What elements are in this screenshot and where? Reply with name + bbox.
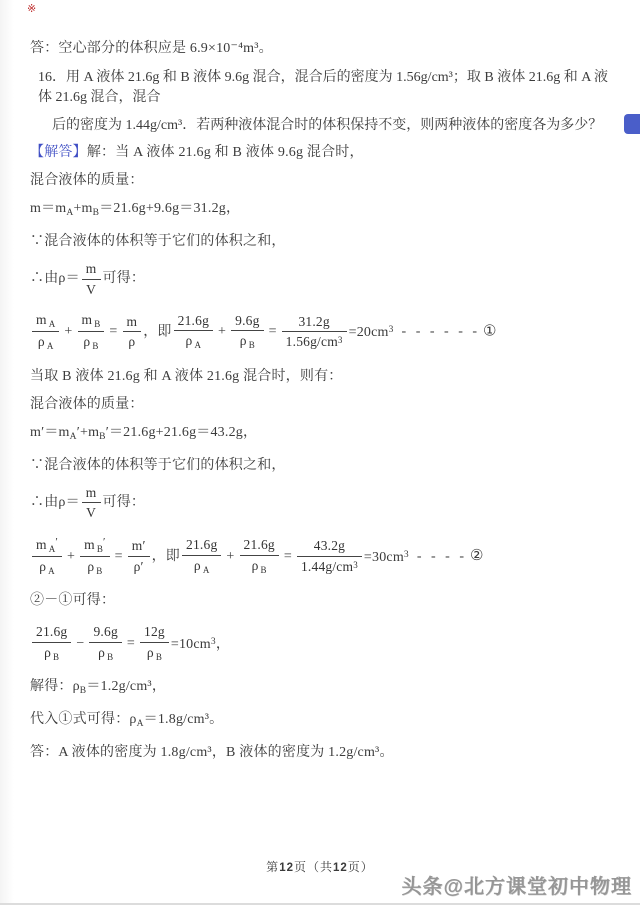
fraction: 21.6gρB [240, 537, 279, 575]
fraction: 31.2g1.56g/cm3 [282, 314, 347, 350]
final-answer-line: 答：A 液体的密度为 1.8g/cm³，B 液体的密度为 1.2g/cm³。 [30, 744, 618, 761]
fraction: m′ρ′ [128, 538, 150, 574]
operator: + [67, 549, 75, 564]
fraction: 21.6gρA [182, 537, 221, 575]
red-asterisk-mark: ※ [27, 4, 36, 15]
circled-number-1: ① [483, 323, 497, 339]
equation-result: =10cm3， [171, 637, 230, 652]
circled-number-2: ② [470, 548, 484, 564]
fraction: mAρA [32, 312, 59, 352]
fraction: 21.6gρA [174, 313, 213, 351]
fraction: mρ [123, 314, 142, 350]
fraction: 21.6gρB [32, 624, 71, 662]
solution-intro-line: 【解答】解：当 A 液体 21.6g 和 B 液体 9.6g 混合时， [30, 144, 618, 161]
because-line-1: ∵混合液体的体积等于它们的体积之和， [30, 233, 618, 250]
watermark: 头条@北方课堂初中物理 [401, 870, 632, 899]
equation-1: mAρA+mBρB=mρ，即21.6gρA+9.6gρB=31.2g1.56g/… [30, 312, 618, 352]
solve-result-line-1: 解得：ρB＝1.2g/cm³， [30, 678, 618, 700]
equation-result: =30cm3 [364, 550, 409, 565]
fraction-m-over-v: mV [82, 261, 101, 297]
mass-label-2: 混合液体的质量： [30, 396, 618, 413]
operator: + [226, 549, 234, 564]
operator: − [76, 636, 84, 651]
blue-side-tag[interactable] [624, 114, 640, 134]
document-page: ※ 答：空心部分的体积应是 6.9×10⁻⁴m³。 16．用 A 液体 21.6… [0, 0, 640, 905]
solve-result-line-2: 代入①式可得：ρA＝1.8g/cm³。 [30, 711, 618, 733]
fraction: mA′ρA [32, 536, 62, 577]
document-content: 答：空心部分的体积应是 6.9×10⁻⁴m³。 16．用 A 液体 21.6g … [0, 0, 640, 761]
case-2-line: 当取 B 液体 21.6g 和 A 液体 21.6g 混合时，则有： [30, 368, 618, 385]
operator: + [64, 324, 72, 339]
equation-3: 21.6gρB−9.6gρB=12gρB=10cm3， [30, 624, 618, 662]
question-16-line1: 16．用 A 液体 21.6g 和 B 液体 9.6g 混合，混合后的密度为 1… [30, 68, 618, 108]
therefore-line-2: ∴由ρ＝mV可得： [30, 485, 618, 521]
fraction: 12gρB [140, 624, 169, 662]
question-16-line2: 后的密度为 1.44g/cm³．若两种液体混合时的体积保持不变，则两种液体的密度… [30, 116, 618, 136]
operator: = [127, 636, 135, 651]
operator: + [218, 324, 226, 339]
equation-2: mA′ρA+mB′ρB=m′ρ′，即21.6gρA+21.6gρB=43.2g1… [30, 536, 618, 577]
solution-intro-text: 解：当 A 液体 21.6g 和 B 液体 9.6g 混合时， [87, 145, 364, 160]
dashed-leader: - - - - [417, 549, 467, 564]
operator: = [269, 324, 277, 339]
fraction: mB′ρB [80, 536, 110, 577]
operator: = [109, 324, 117, 339]
fraction-m-over-v: mV [82, 485, 101, 521]
therefore-line-1: ∴由ρ＝mV可得： [30, 261, 618, 297]
mass-equation-2: m′＝mA′+mB′＝21.6g+21.6g＝43.2g， [30, 424, 618, 446]
operator: = [115, 549, 123, 564]
total-pages: 12 [333, 862, 348, 874]
operator: = [284, 549, 292, 564]
equation-text: ，即 [143, 324, 171, 339]
mass-label-1: 混合液体的质量： [30, 172, 618, 189]
page-number: 12 [279, 862, 294, 874]
equation-text: ，即 [152, 549, 180, 564]
previous-answer-line: 答：空心部分的体积应是 6.9×10⁻⁴m³。 [30, 40, 618, 57]
because-line-2: ∵混合液体的体积等于它们的体积之和， [30, 457, 618, 474]
fraction: 9.6gρB [89, 624, 121, 662]
subtraction-line: ②－①可得： [30, 592, 618, 609]
dashed-leader: - - - - - - [402, 324, 480, 339]
fraction: 43.2g1.44g/cm3 [297, 538, 362, 574]
solution-tag: 【解答】 [30, 145, 87, 160]
mass-equation-1: m＝mA+mB＝21.6g+9.6g＝31.2g， [30, 200, 618, 222]
fraction: 9.6gρB [231, 313, 263, 351]
fraction: mBρB [78, 312, 105, 352]
equation-result: =20cm3 [349, 325, 394, 340]
